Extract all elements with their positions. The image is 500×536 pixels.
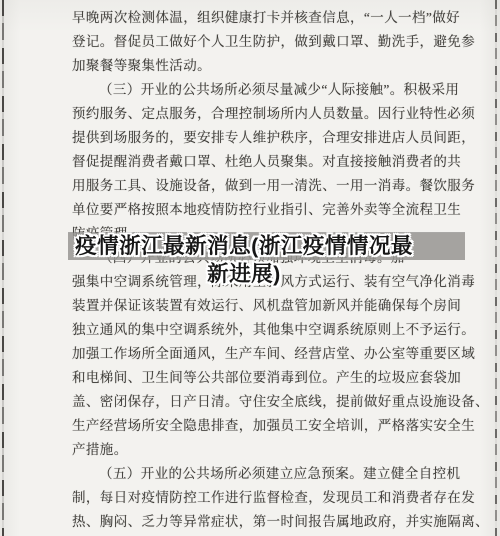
document-line: 督促提醒消费者戴口罩、杜绝人员聚集。对直接接触消费者的共 bbox=[72, 150, 461, 170]
document-line: 登记。督促员工做好个人卫生防护，做到戴口罩、勤洗手，避免参 bbox=[72, 30, 475, 50]
document-line: 和电梯间、卫生间等公共部位要消毒到位。产生的垃圾应套袋加 bbox=[72, 366, 461, 386]
document-line: 装置并保证该装置有效运行、风机盘管加新风并能确保每个房间 bbox=[72, 294, 461, 314]
document-line: 产措施。 bbox=[72, 438, 128, 458]
document-line: 生产经营场所安全隐患排查，加强员工安全培训，严格落实安全生 bbox=[72, 414, 475, 434]
document-line: 盖、密闭保存，日产日清。守住安全底线，提前做好重点设施设备、 bbox=[72, 390, 489, 410]
document-line: 加强工作场所全面通风，生产车间、经营店堂、办公室等重要区域 bbox=[72, 342, 475, 362]
scan-edge-right bbox=[495, 0, 497, 536]
document-line: 用服务工具、设施设备，做到一用一清洗、一用一消毒。餐饮服务 bbox=[72, 174, 475, 194]
document-line: 独立通风的集中空调系统外，其他集中空调系统原则上不予运行。 bbox=[72, 318, 475, 338]
document-line: 预约服务、定点服务，合理控制场所内人员数量。因行业特性必须 bbox=[72, 102, 475, 122]
scanned-document-page: { "page": { "background_color": "#f3f2ef… bbox=[0, 0, 500, 536]
article-title-line-2: 新进展) bbox=[58, 260, 430, 288]
document-line: 加聚餐等聚集性活动。 bbox=[72, 54, 211, 74]
document-line: 热、胸闷、乏力等异常症状，第一时间报告属地政府，并实施隔离、 bbox=[72, 510, 489, 530]
document-line: 提供到场服务的，要安排专人维护秩序，合理安排进店人员间距， bbox=[72, 126, 475, 146]
article-title-overlay: 疫情浙江最新消息(浙江疫情情况最 新进展) bbox=[58, 232, 430, 288]
document-line: （五）开业的公共场所必须建立应急预案。建立健全自控机 bbox=[72, 462, 460, 482]
document-line: 制，每日对疫情防控工作进行监督检查，发现员工和消费者存在发 bbox=[72, 486, 475, 506]
document-line: （三）开业的公共场所必须尽量减少“人际接触”。积极采用 bbox=[72, 78, 459, 98]
document-line: 单位要严格按照本地疫情防控行业指引、完善外卖等全流程卫生 bbox=[72, 198, 461, 218]
document-line: 早晚两次检测体温，组织健康打卡并核查信息，“一人一档”做好 bbox=[72, 6, 460, 26]
article-title-line-1: 疫情浙江最新消息(浙江疫情情况最 bbox=[58, 232, 430, 260]
scan-edge-left bbox=[2, 0, 4, 536]
